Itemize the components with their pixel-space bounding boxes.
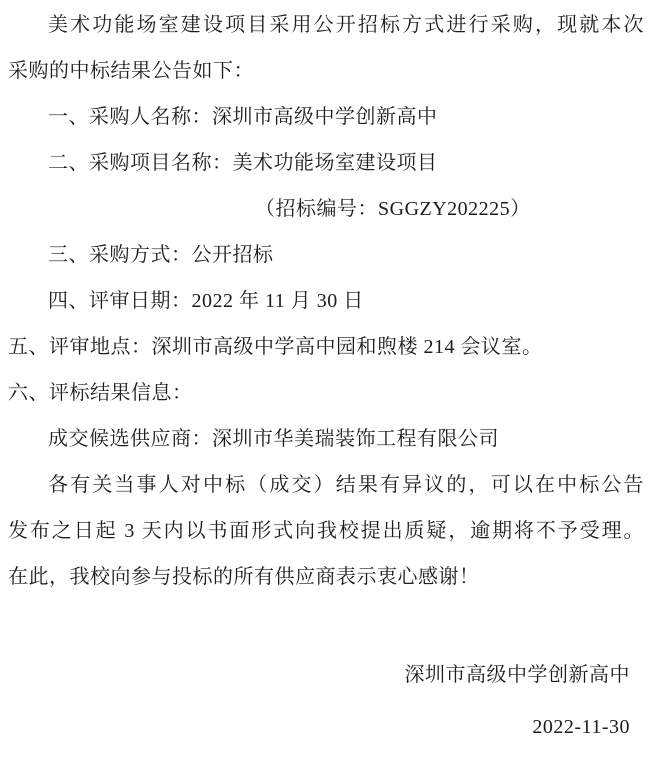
review-date-line: 四、评审日期：2022 年 11 月 30 日 bbox=[8, 278, 644, 324]
result-info-heading-line: 六、评标结果信息： bbox=[8, 370, 644, 416]
signature-org: 深圳市高级中学创新高中 bbox=[8, 652, 644, 698]
intro-line-1: 美术功能场室建设项目采用公开招标方式进行采购，现就本次 bbox=[8, 2, 644, 48]
review-location-line: 五、评审地点：深圳市高级中学高中园和煦楼 214 会议室。 bbox=[8, 324, 644, 370]
signature-date: 2022-11-30 bbox=[8, 704, 644, 750]
purchaser-name-line: 一、采购人名称：深圳市高级中学创新高中 bbox=[8, 94, 644, 140]
objection-line-1: 各有关当事人对中标（成交）结果有异议的，可以在中标公告 bbox=[8, 462, 644, 508]
thanks-line: 在此，我校向参与投标的所有供应商表示衷心感谢！ bbox=[8, 554, 644, 600]
blank-spacer bbox=[8, 600, 644, 646]
announcement-document: 美术功能场室建设项目采用公开招标方式进行采购，现就本次 采购的中标结果公告如下：… bbox=[0, 0, 656, 763]
project-name-line: 二、采购项目名称：美术功能场室建设项目 bbox=[8, 140, 644, 186]
procurement-method-line: 三、采购方式：公开招标 bbox=[8, 232, 644, 278]
winning-supplier-line: 成交候选供应商：深圳市华美瑞装饰工程有限公司 bbox=[8, 416, 644, 462]
objection-line-2: 发布之日起 3 天内以书面形式向我校提出质疑，逾期将不予受理。 bbox=[8, 508, 644, 554]
intro-line-2: 采购的中标结果公告如下： bbox=[8, 48, 644, 94]
bid-number-line: （招标编号：SGGZY202225） bbox=[8, 186, 644, 232]
